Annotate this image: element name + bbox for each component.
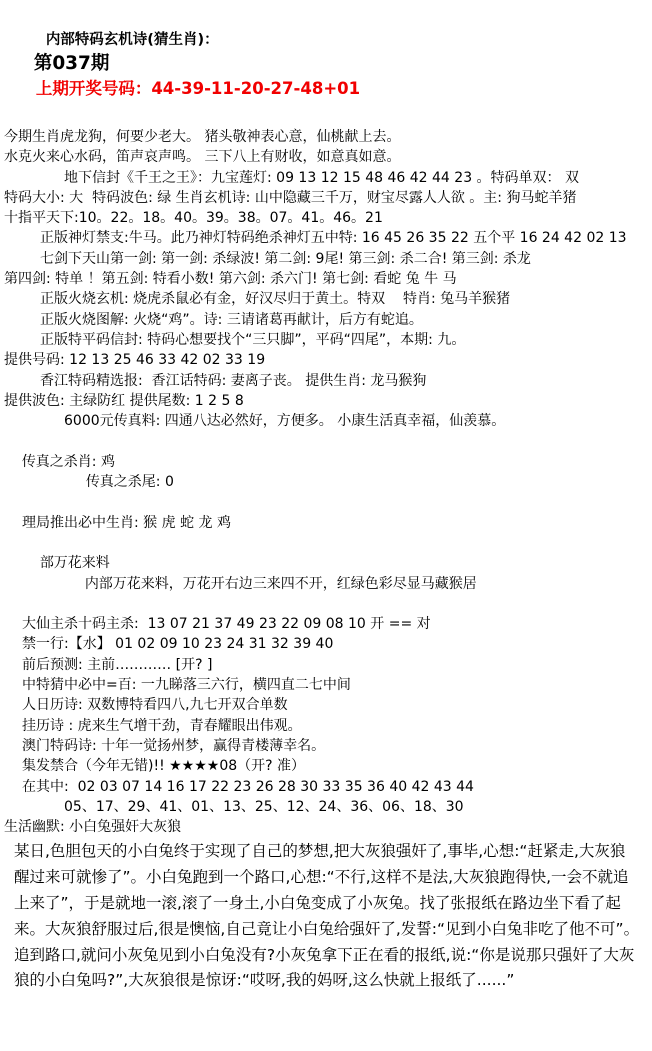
seven-swords-line-2: 第四剑: 特单 ！第五剑: 特看小数! 第六剑: 杀六门! 第七剑: 看蛇 兔 … <box>2 269 650 289</box>
fax-6000-line: 6000元传真料: 四通八达必然好，方便多。 小康生活真幸福，仙羡慕。 <box>2 411 650 431</box>
provided-numbers-line: 提供号码: 12 13 25 46 33 42 02 33 19 <box>2 350 650 370</box>
fax-kill-row: 传真之杀肖: 鸡 传真之杀尾: 0 <box>2 431 650 512</box>
previous-draw-numbers: 上期开奖号码：44-39-11-20-27-48+01 <box>36 79 360 98</box>
before-after-forecast-line: 前后预测: 主前………… [开? ] <box>2 655 650 675</box>
humor-story: 某日,色胆包天的小白兔终于实现了自己的梦想,把大灰狼强奸了,事毕,心想:“赶紧走… <box>2 839 650 994</box>
jifa-forbidden-line: 集发禁合（今年无错)!! ★★★★08（开? 准） <box>2 756 650 776</box>
wanhua-row: 部万花来料 内部万花来料，万花开右边三来四不开，红绿色彩尽显马藏猴居 <box>2 533 650 614</box>
immortal-kill-ten-line: 大仙主杀十码主杀: 13 07 21 37 49 23 22 09 08 10 … <box>2 614 650 634</box>
zodiac-poem-line-1: 今期生肖虎龙狗，何要少老大。 猪头敬神表心意，仙桃献上去。 <box>2 127 650 147</box>
fire-mystery-line: 正版火烧玄机: 烧虎杀鼠必有金，好汉尽归于黄土。特双 特肖: 兔马羊猴猪 <box>2 289 650 309</box>
seven-swords-line-1: 七剑下天山第一剑: 第一剑: 杀绿波! 第二剑: 9尾! 第三剑: 杀二合! 第… <box>2 249 650 269</box>
fire-diagram-line: 正版火烧图解: 火烧“鸡”。诗: 三请诸葛再献计，后方有蛇追。 <box>2 310 650 330</box>
sheet-title: 内部特码玄机诗(猜生肖)： <box>46 32 219 48</box>
provided-wave-color-line: 提供波色: 主绿防红 提供尾数: 1 2 5 8 <box>2 391 650 411</box>
wanhua-label: 部万花来料 <box>40 555 110 571</box>
among-them-numbers-line-2: 05、17、29、41、01、13、25、12、24、36、06、18、30 <box>2 797 650 817</box>
magic-lamp-line: 正版神灯禁支:牛马。此乃神灯特码绝杀神灯五中特: 16 45 26 35 22 … <box>2 228 650 248</box>
zodiac-poem-line-2: 水克火来心水码，笛声哀声鸣。 三下八上有财收，如意真如意。 <box>2 147 650 167</box>
ten-finger-numbers-line: 十指平天下:10。22。18。40。39。38。07。41。46。21 <box>2 208 650 228</box>
wanhua-text: 内部万花来料，万花开右边三来四不开，红绿色彩尽显马藏猴居 <box>85 576 477 592</box>
calendar-poem-line: 人日历诗: 双数博特看四八,九七开双合单数 <box>2 695 650 715</box>
size-wave-color-line: 特码大小: 大 特码波色: 绿 生肖玄机诗: 山中隐藏三千万，财宝尽露人人欲 。… <box>2 188 650 208</box>
humor-title: 生活幽默: 小白兔强奸大灰狼 <box>2 817 650 837</box>
issue-number: 第037期 <box>34 53 110 74</box>
mid-special-guess-line: 中特猜中必中=百: 一九睇落三六行，横四直二七中间 <box>2 675 650 695</box>
fax-kill-zodiac: 传真之杀肖: 鸡 <box>22 454 115 470</box>
lottery-tip-sheet: { "colors": { "accent_red": "#f10000", "… <box>0 0 652 1051</box>
bureau-zodiac-line: 理局推出必中生肖: 猴 虎 蛇 龙 鸡 <box>2 513 650 533</box>
fax-kill-tail: 传真之杀尾: 0 <box>86 474 174 490</box>
forbidden-row-line: 禁一行:【水】 01 02 09 10 23 24 31 32 39 40 <box>2 634 650 654</box>
header-row: 内部特码玄机诗(猜生肖)： 第037期 上期开奖号码：44-39-11-20-2… <box>2 4 650 126</box>
sheet: 内部特码玄机诗(猜生肖)： 第037期 上期开奖号码：44-39-11-20-2… <box>0 0 652 1051</box>
macau-special-poem-line: 澳门特码诗: 十年一觉扬州梦，赢得青楼薄幸名。 <box>2 736 650 756</box>
wall-calendar-poem-line: 挂历诗 : 虎来生气增干劲，青春耀眼出伟观。 <box>2 716 650 736</box>
among-them-numbers-line-1: 在其中: 02 03 07 14 16 17 22 23 26 28 30 33… <box>2 777 650 797</box>
underground-envelope-line: 地下信封《千王之王》：九宝莲灯: 09 13 12 15 48 46 42 44… <box>2 168 650 188</box>
xiangjiang-report-line: 香江特码精选报: 香江话特码: 妻离子丧。 提供生肖: 龙马猴狗 <box>2 371 650 391</box>
special-flat-envelope-line: 正版特平码信封: 特码心想要找个“三只脚”，平码“四尾”，本期: 九。 <box>2 330 650 350</box>
